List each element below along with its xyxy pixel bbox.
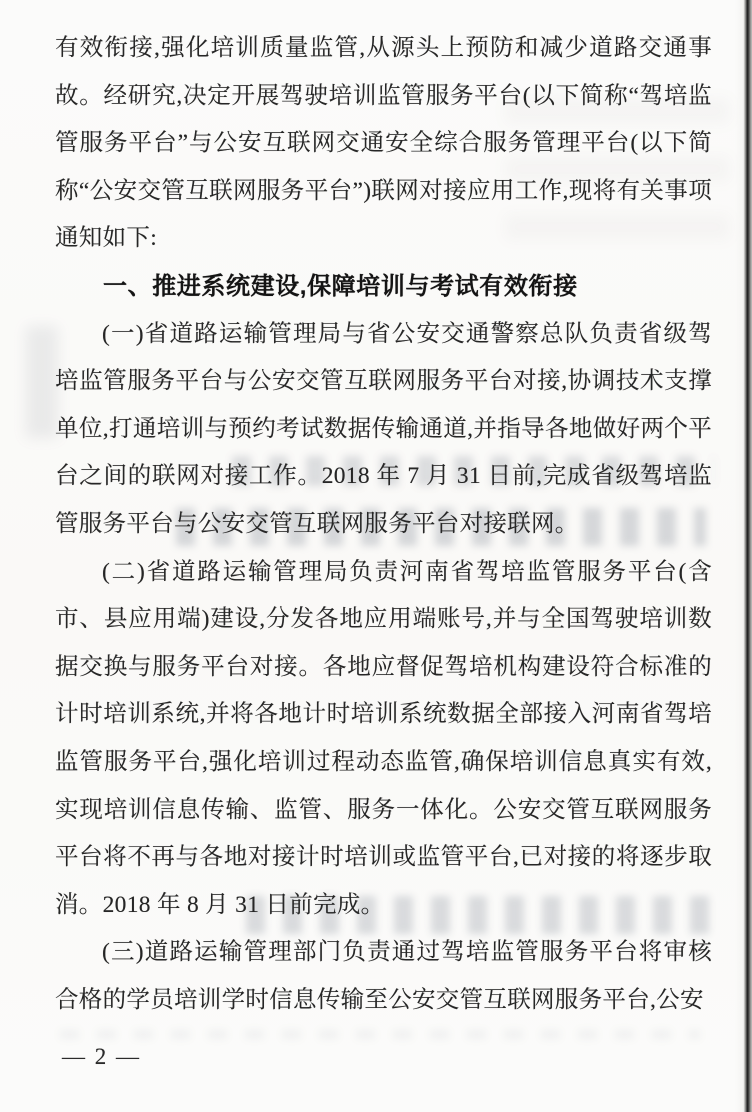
document-body: 有效衔接,强化培训质量监管,从源头上预防和减少道路交通事故。经研究,决定开展驾驶… (55, 25, 712, 1081)
section-heading: 一、推进系统建设,保障培训与考试有效衔接 (55, 263, 712, 311)
paragraph-intro: 有效衔接,强化培训质量监管,从源头上预防和减少道路交通事故。经研究,决定开展驾驶… (55, 25, 712, 263)
page-number: — 2 — (55, 1033, 712, 1081)
paragraph-item-3: (三)道路运输管理部门负责通过驾培监管服务平台将审核合格的学员培训学时信息传输至… (55, 929, 712, 1024)
paragraph-item-1: (一)省道路运输管理局与省公安交通警察总队负责省级驾培监管服务平台与公安交管互联… (55, 311, 712, 549)
scan-bleedthrough-artifact (26, 326, 58, 438)
scanned-document-page: 有效衔接,强化培训质量监管,从源头上预防和减少道路交通事故。经研究,决定开展驾驶… (0, 0, 752, 1112)
paragraph-item-2: (二)省道路运输管理局负责河南省驾培监管服务平台(含市、县应用端)建设,分发各地… (55, 549, 712, 930)
page-edge-shadow (735, 0, 752, 1112)
